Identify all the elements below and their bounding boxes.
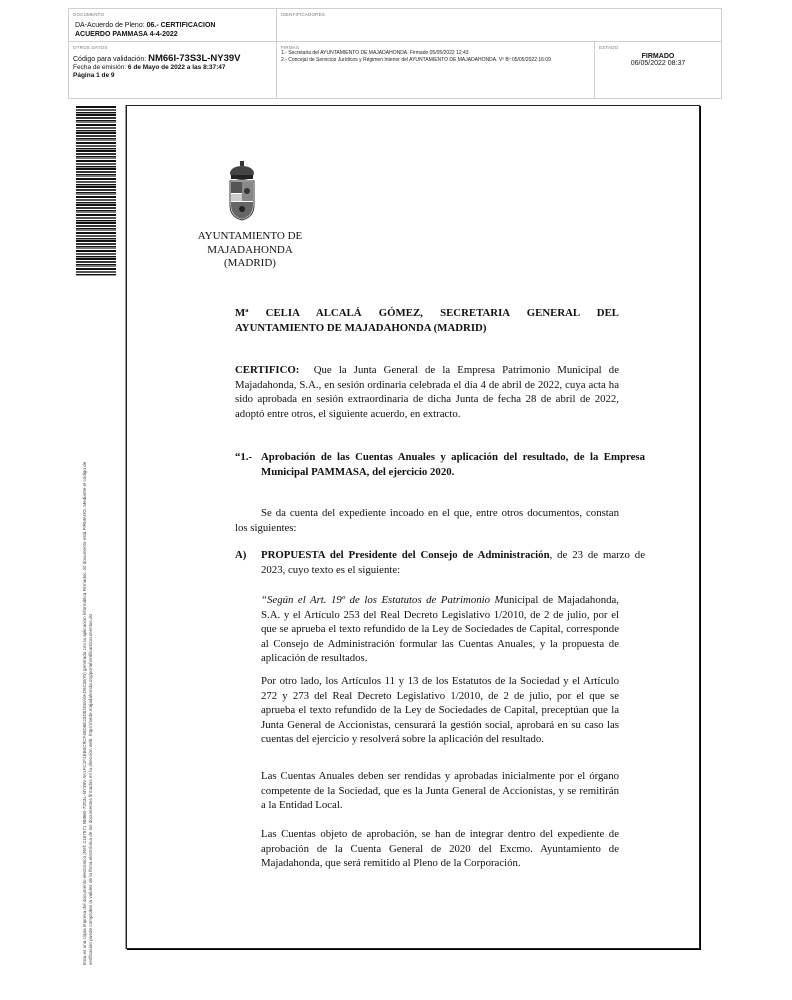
se-da-cuenta-paragraph: Se da cuenta del expediente incoado en e… bbox=[235, 506, 619, 535]
quote-paragraph-1: “Según el Art. 19º de los Estatutos de P… bbox=[261, 593, 619, 666]
signature-2: 2.- Concejal de Servicios Jurídicos y Ré… bbox=[281, 57, 590, 64]
estado-label: ESTADO bbox=[599, 45, 717, 50]
document-page: AYUNTAMIENTO DE MAJADAHONDA (MADRID) Mª … bbox=[126, 105, 700, 949]
certifier-heading: Mª CELIA ALCALÁ GÓMEZ, SECRETARIA GENERA… bbox=[235, 306, 619, 335]
validation-code: Código para validación: NM66I-73S3L-NY39… bbox=[73, 54, 272, 64]
issue-date: Fecha de emisión: 6 de Mayo de 2022 a la… bbox=[73, 64, 272, 72]
status-badge: FIRMADO bbox=[599, 53, 717, 60]
otros-datos-cell: OTROS DATOS Código para validación: NM66… bbox=[69, 42, 276, 98]
validation-code-value: NM66I-73S3L-NY39V bbox=[148, 53, 240, 64]
verification-sidebar-text: Esta es una copia impresa del documento … bbox=[82, 265, 94, 965]
ayuntamiento-name: AYUNTAMIENTO DE MAJADAHONDA (MADRID) bbox=[185, 230, 315, 271]
estado-cell: ESTADO FIRMADO 06/05/2022 08:37 bbox=[594, 42, 721, 98]
agenda-point-title: “1.- Aprobación de las Cuentas Anuales y… bbox=[235, 450, 645, 479]
identificadores-cell: IDENTIFICADORES bbox=[276, 9, 721, 41]
page-number: Página 1 de 9 bbox=[73, 72, 272, 80]
coat-of-arms-icon bbox=[227, 161, 257, 221]
barcode bbox=[76, 106, 116, 276]
document-metadata-header: DOCUMENTO DA-Acuerdo de Pleno: 06.- CERT… bbox=[68, 8, 722, 99]
otros-datos-label: OTROS DATOS bbox=[73, 45, 272, 50]
identificadores-label: IDENTIFICADORES bbox=[281, 12, 717, 17]
quote-paragraph-4: Las Cuentas objeto de aprobación, se han… bbox=[261, 827, 619, 871]
quote-paragraph-2: Por otro lado, los Artículos 11 y 13 de … bbox=[261, 674, 619, 747]
propuesta-item: A) PROPUESTA del Presidente del Consejo … bbox=[235, 548, 645, 577]
quote-paragraph-3: Las Cuentas Anuales deben ser rendidas y… bbox=[261, 769, 619, 813]
documento-label: DOCUMENTO bbox=[73, 12, 272, 17]
documento-cell: DOCUMENTO DA-Acuerdo de Pleno: 06.- CERT… bbox=[69, 9, 276, 41]
firmas-cell: FIRMAS 1.- Secretaria del AYUNTAMIENTO D… bbox=[276, 42, 594, 98]
certifico-paragraph: CERTIFICO: Que la Junta General de la Em… bbox=[235, 363, 619, 421]
document-title: DA-Acuerdo de Pleno: 06.- CERTIFICACION … bbox=[75, 21, 272, 39]
status-date: 06/05/2022 08:37 bbox=[599, 60, 717, 67]
